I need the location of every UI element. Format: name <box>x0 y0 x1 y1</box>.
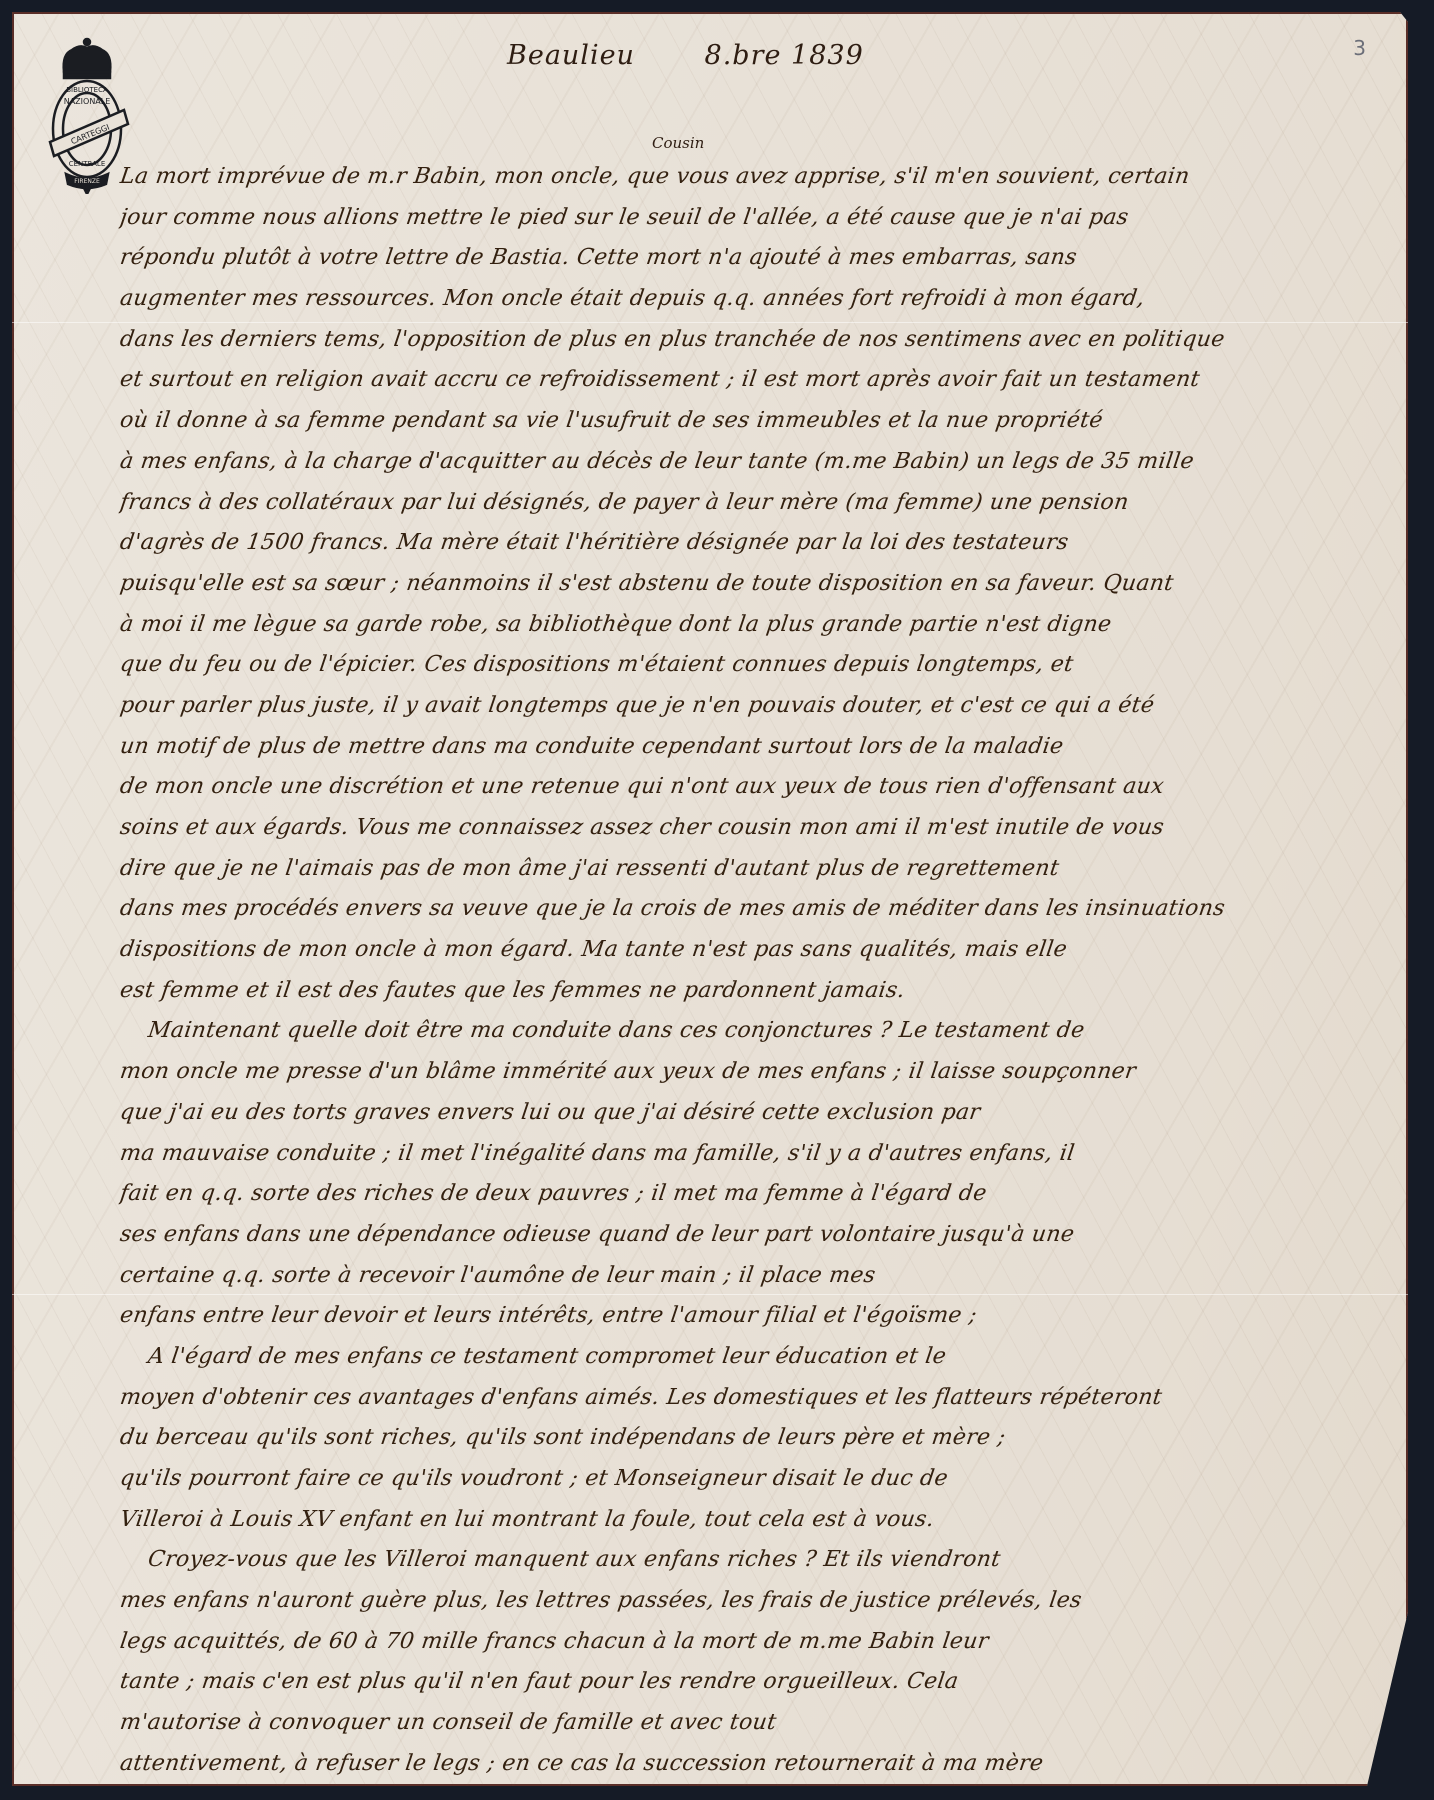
letter-place: Beaulieu <box>507 40 635 71</box>
text-line: d'agrès de 1500 francs. Ma mère était l'… <box>117 523 1413 564</box>
text-line: legs acquittés, de 60 à 70 mille francs … <box>117 1622 1413 1663</box>
text-line: certaine q.q. sorte à recevoir l'aumône … <box>117 1256 1413 1297</box>
text-line: attentivement, à refuser le legs ; en ce… <box>117 1744 1413 1785</box>
manuscript-page: BIBLIOTECA NAZIONALE CARTEGGI CENTRALE F… <box>12 12 1408 1786</box>
text-line: est femme et il est des fautes que les f… <box>117 971 1413 1012</box>
svg-text:CENTRALE: CENTRALE <box>69 160 106 168</box>
letter-date: 8.bre 1839 <box>705 40 864 71</box>
text-line: La mort imprévue de m.r Babin, mon oncle… <box>117 157 1413 198</box>
text-line: Villeroi à Louis XV enfant en lui montra… <box>117 1500 1413 1541</box>
svg-text:BIBLIOTECA: BIBLIOTECA <box>66 86 108 94</box>
text-line: de mon oncle une discrétion et une reten… <box>117 767 1413 808</box>
text-line: ma mauvaise conduite ; il met l'inégalit… <box>117 1134 1413 1175</box>
text-line: fait en q.q. sorte des riches de deux pa… <box>117 1174 1413 1215</box>
text-line: moyen d'obtenir ces avantages d'enfans a… <box>117 1378 1413 1419</box>
text-line: soins et aux égards. Vous me connaissez … <box>117 808 1413 849</box>
text-line: ses enfans dans une dépendance odieuse q… <box>117 1215 1413 1256</box>
letter-body: La mort imprévue de m.r Babin, mon oncle… <box>120 157 1410 1785</box>
text-line: et surtout en religion avait accru ce re… <box>117 360 1413 401</box>
text-line: puisqu'elle est sa sœur ; néanmoins il s… <box>117 564 1413 605</box>
text-line: que du feu ou de l'épicier. Ces disposit… <box>117 645 1413 686</box>
text-line: à mes enfans, à la charge d'acquitter au… <box>117 442 1413 483</box>
text-line: mes enfans n'auront guère plus, les lett… <box>117 1581 1413 1622</box>
text-line: un motif de plus de mettre dans ma condu… <box>117 727 1413 768</box>
text-line: enfans entre leur devoir et leurs intérê… <box>117 1296 1413 1337</box>
text-line: augmenter mes ressources. Mon oncle étai… <box>117 279 1413 320</box>
text-line: A l'égard de mes enfans ce testament com… <box>117 1337 1413 1378</box>
text-line: mon oncle me presse d'un blâme immérité … <box>117 1052 1413 1093</box>
svg-text:FIRENZE: FIRENZE <box>74 178 100 185</box>
text-line: où il donne à sa femme pendant sa vie l'… <box>117 401 1413 442</box>
text-line: dans mes procédés envers sa veuve que je… <box>117 889 1413 930</box>
svg-text:NAZIONALE: NAZIONALE <box>64 97 111 106</box>
text-line: francs à des collatéraux par lui désigné… <box>117 483 1413 524</box>
text-line: que j'ai eu des torts graves envers lui … <box>117 1093 1413 1134</box>
text-line: dire que je ne l'aimais pas de mon âme j… <box>117 849 1413 890</box>
library-stamp-icon: BIBLIOTECA NAZIONALE CARTEGGI CENTRALE F… <box>42 34 132 194</box>
text-line: m'autorise à convoquer un conseil de fam… <box>117 1703 1413 1744</box>
text-line: pour parler plus juste, il y avait longt… <box>117 686 1413 727</box>
text-line: répondu plutôt à votre lettre de Bastia.… <box>117 238 1413 279</box>
text-line: Maintenant quelle doit être ma conduite … <box>117 1011 1413 1052</box>
text-line: tante ; mais c'en est plus qu'il n'en fa… <box>117 1662 1413 1703</box>
text-line: à moi il me lègue sa garde robe, sa bibl… <box>117 605 1413 646</box>
text-line: dans les derniers tems, l'opposition de … <box>117 320 1413 361</box>
text-line: du berceau qu'ils sont riches, qu'ils so… <box>117 1418 1413 1459</box>
folio-number: 3 <box>1353 36 1366 60</box>
text-line: dispositions de mon oncle à mon égard. M… <box>117 930 1413 971</box>
text-line: jour comme nous allions mettre le pied s… <box>117 198 1413 239</box>
text-line: Croyez-vous que les Villeroi manquent au… <box>117 1540 1413 1581</box>
salutation: Cousin <box>652 134 704 152</box>
text-line: qu'ils pourront faire ce qu'ils voudront… <box>117 1459 1413 1500</box>
letter-header: Beaulieu 8.bre 1839 <box>507 40 864 71</box>
